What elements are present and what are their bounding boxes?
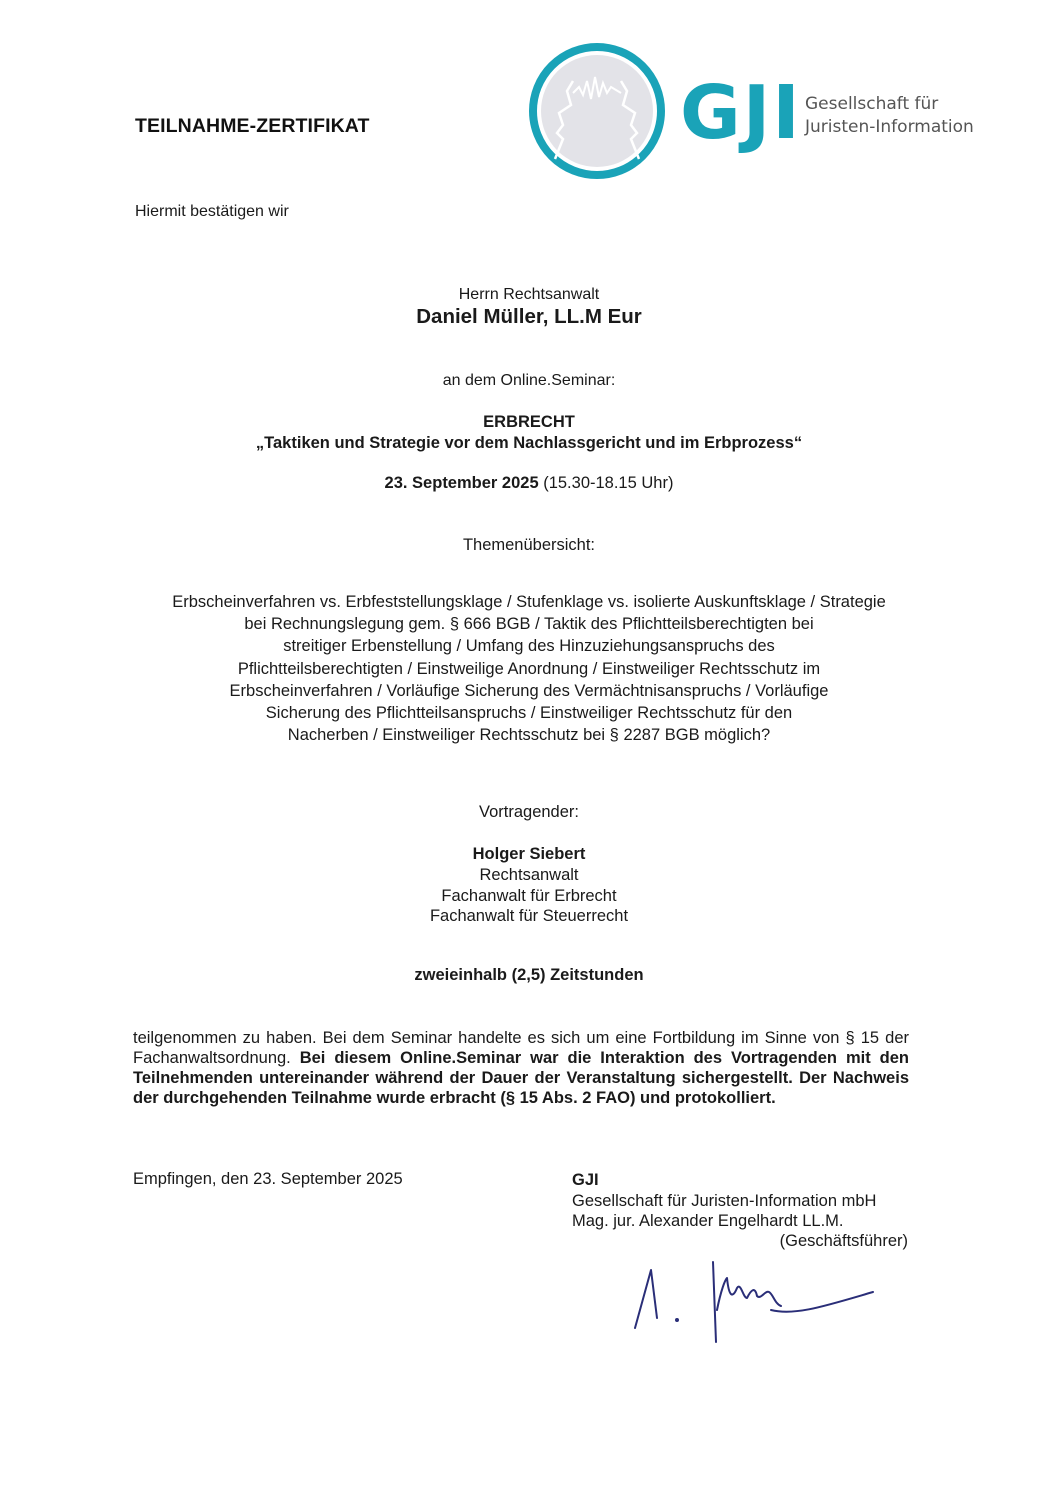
intro-text: Hiermit bestätigen wir bbox=[135, 203, 289, 221]
gji-logo-circle-icon bbox=[527, 41, 667, 181]
logo-tagline-line1: Gesellschaft für bbox=[805, 93, 974, 116]
speaker-title: Fachanwalt für Steuerrecht bbox=[0, 906, 1058, 927]
speaker-title: Rechtsanwalt bbox=[0, 865, 1058, 886]
handwritten-signature-icon bbox=[625, 1250, 885, 1350]
themes-line: Pflichtteilsberechtigten / Einstweilige … bbox=[120, 658, 938, 680]
seminar-subtitle: „Taktiken und Strategie vor dem Nachlass… bbox=[0, 434, 1058, 453]
themes-line: Nacherben / Einstweiliger Rechtsschutz b… bbox=[120, 724, 938, 746]
seminar-topic: ERBRECHT bbox=[0, 413, 1058, 432]
themes-line: Erbscheinverfahren / Vorläufige Sicherun… bbox=[120, 680, 938, 702]
speaker-title: Fachanwalt für Erbrecht bbox=[0, 886, 1058, 907]
themes-label: Themenübersicht: bbox=[0, 536, 1058, 555]
signature-block: GJI Gesellschaft für Juristen-Informatio… bbox=[572, 1170, 876, 1232]
seminar-time: (15.30-18.15 Uhr) bbox=[539, 474, 674, 492]
signatory-name: Mag. jur. Alexander Engelhardt LL.M. bbox=[572, 1211, 876, 1232]
seminar-date: 23. September 2025 (15.30-18.15 Uhr) bbox=[0, 474, 1058, 493]
org-short: GJI bbox=[572, 1170, 876, 1191]
themes-list: Erbscheinverfahren vs. Erbfeststellungsk… bbox=[120, 591, 938, 746]
logo-tagline: Gesellschaft für Juristen-Information bbox=[805, 93, 974, 139]
seminar-intro: an dem Online.Seminar: bbox=[0, 372, 1058, 390]
themes-line: bei Rechnungslegung gem. § 666 BGB / Tak… bbox=[120, 613, 938, 635]
recipient-salutation: Herrn Rechtsanwalt bbox=[0, 286, 1058, 304]
place-date: Empfingen, den 23. September 2025 bbox=[133, 1170, 403, 1189]
signatory-role: (Geschäftsführer) bbox=[572, 1232, 908, 1251]
speaker-titles: Rechtsanwalt Fachanwalt für Erbrecht Fac… bbox=[0, 865, 1058, 927]
hours-credit: zweieinhalb (2,5) Zeitstunden bbox=[0, 966, 1058, 985]
seminar-date-bold: 23. September 2025 bbox=[385, 474, 539, 492]
themes-line: Sicherung des Pflichtteilsanspruchs / Ei… bbox=[120, 702, 938, 724]
themes-line: streitiger Erbenstellung / Umfang des Hi… bbox=[120, 635, 938, 657]
speaker-label: Vortragender: bbox=[0, 803, 1058, 822]
speaker-name: Holger Siebert bbox=[0, 845, 1058, 864]
certificate-title: TEILNAHME-ZERTIFIKAT bbox=[135, 115, 370, 138]
recipient-name: Daniel Müller, LL.M Eur bbox=[0, 305, 1058, 329]
logo-tagline-line2: Juristen-Information bbox=[805, 116, 974, 139]
confirmation-paragraph: teilgenommen zu haben. Bei dem Seminar h… bbox=[133, 1028, 909, 1108]
themes-line: Erbscheinverfahren vs. Erbfeststellungsk… bbox=[120, 591, 938, 613]
org-full: Gesellschaft für Juristen-Information mb… bbox=[572, 1191, 876, 1212]
gji-logo-letters: GJI bbox=[680, 76, 802, 150]
